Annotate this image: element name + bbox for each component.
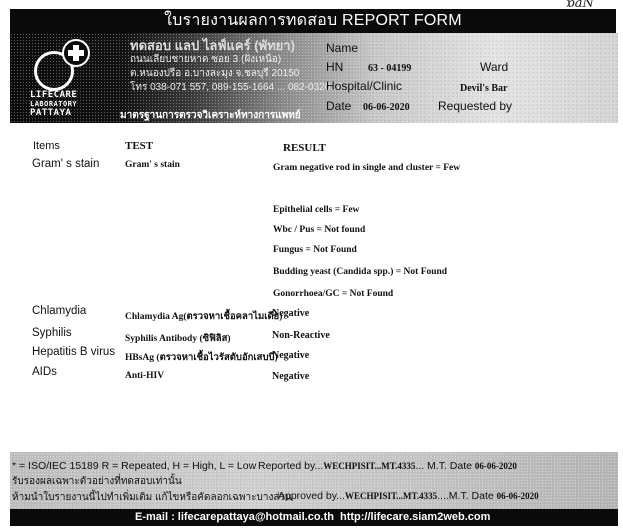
row-test: Anti-HIV — [125, 371, 164, 381]
gram-item: Gram' s stain — [32, 158, 99, 170]
row-result: Negative — [272, 308, 309, 319]
approved-by-label: Approved by... — [278, 490, 345, 502]
disclaimer-1: รับรองผลเฉพาะตัวอย่างที่ทดสอบเท่านั้น — [12, 474, 182, 489]
lab-name: ทดสอบ แลป ไลฟ์แคร์ (พัทยา) — [130, 39, 341, 53]
ward-label: Ward — [480, 60, 508, 74]
lab-address-3: โทร 038-071 557, 089-155-1664 ... 082-03… — [130, 81, 341, 95]
row-test: HBsAg (ตรวจหาเชื้อไวรัสตับอักเสบบี) — [125, 350, 278, 365]
row-item: Chlamydia — [32, 305, 86, 317]
lifecare-logo: LIFECARE LABORATORY PATTAYA — [28, 37, 128, 117]
hn-value: 63 - 04199 — [368, 63, 411, 74]
hospital-label: Hospital/Clinic — [326, 79, 402, 93]
row-result: Negative — [272, 371, 309, 382]
column-test: TEST — [125, 140, 153, 152]
lab-address-1: ถนนเลียบชายหาด ซอย 3 (ฝั่งเหนือ) — [130, 53, 341, 67]
approved-by-value: WECHPISIT...MT.4335 — [345, 491, 437, 501]
lab-info-band: LIFECARE LABORATORY PATTAYA ทดสอบ แลป ไล… — [10, 33, 618, 123]
plus-cross-icon — [62, 39, 90, 67]
row-result: Negative — [272, 350, 309, 361]
contact-website: http://lifecare.siam2web.com — [340, 509, 490, 526]
row-result: Non-Reactive — [272, 330, 330, 341]
disclaimer-2: ห้ามนำใบรายงานนี้ไปทำเพิ่มเติม แก้ไขหรือ… — [12, 490, 292, 505]
reported-date-label: ... M.T. Date — [415, 460, 472, 472]
date-value: 06-06-2020 — [363, 102, 410, 113]
row-test: Chlamydia Ag(ตรวจหาเชื้อคลาไมเดีย) — [125, 309, 282, 324]
row-item: Hepatitis B virus — [32, 346, 115, 358]
lab-address-2: ต.หนองปรือ อ.บางละมุง จ.ชลบุรี 20150 — [130, 67, 341, 81]
logo-text-3: PATTAYA — [30, 109, 77, 118]
sub-result: Fungus = Not Found — [273, 245, 357, 255]
logo-text-1: LIFECARE — [30, 91, 77, 100]
row-test: Syphilis Antibody (ซิฟิลิส) — [125, 331, 231, 346]
hospital-value: Devil's Bar — [460, 83, 508, 94]
column-items: Items — [33, 140, 60, 152]
reported-by-value: WECHPISIT...MT.4335 — [323, 461, 415, 471]
date-label: Date — [326, 99, 351, 113]
gram-test: Gram' s stain — [125, 160, 180, 170]
name-label: Name — [326, 41, 358, 55]
approved-date-value: 06-06-2020 — [497, 491, 539, 501]
requested-by-label: Requested by — [438, 99, 512, 113]
sub-result: Budding yeast (Candida spp.) = Not Found — [273, 267, 447, 277]
report-title: ใบรายงานผลการทดสอบ REPORT FORM — [10, 9, 616, 33]
footer-legend: * = ISO/IEC 15189 R = Repeated, H = High… — [12, 460, 256, 472]
sub-result: Wbc / Pus = Not found — [273, 225, 365, 235]
column-result: RESULT — [283, 142, 326, 154]
approved-date-label: ....M.T. Date — [437, 490, 494, 502]
gram-result: Gram negative rod in single and cluster … — [273, 163, 460, 173]
sub-result: Gonorrhoea/GC = Not Found — [273, 289, 393, 299]
sub-result: Epithelial cells = Few — [273, 205, 359, 215]
row-item: AIDs — [32, 366, 57, 378]
row-item: Syphilis — [32, 327, 72, 339]
reported-by-label: Reported by... — [258, 460, 323, 472]
lab-standard: มาตรฐานการตรวจวิเคราะห์ทางการแพทย์ — [120, 109, 301, 123]
contact-bar: E-mail : lifecarepattaya@hotmail.co.th h… — [10, 509, 618, 526]
contact-email: E-mail : lifecarepattaya@hotmail.co.th — [135, 509, 334, 526]
footer-band: * = ISO/IEC 15189 R = Repeated, H = High… — [10, 452, 618, 510]
reported-date-value: 06-06-2020 — [475, 461, 517, 471]
hn-label: HN — [326, 60, 343, 74]
